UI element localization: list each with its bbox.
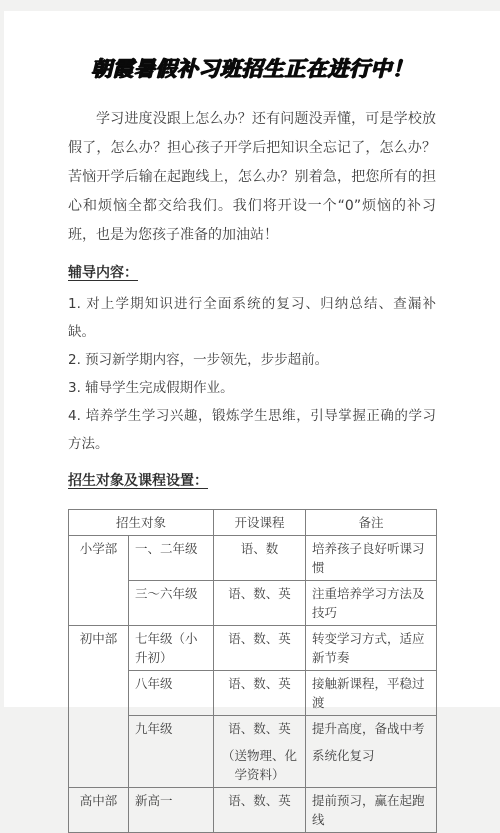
dept-primary: 小学部 xyxy=(69,536,129,626)
list-item: 3. 辅导学生完成假期作业。 xyxy=(68,374,436,402)
courses-cell: 语、数、英 xyxy=(214,581,306,626)
header-notes: 备注 xyxy=(306,510,437,536)
note-cell: 注重培养学习方法及技巧 xyxy=(306,581,437,626)
tutoring-content-list: 1. 对上学期知识进行全面系统的复习、归纳总结、查漏补缺。 2. 预习新学期内容… xyxy=(68,290,436,458)
header-target: 招生对象 xyxy=(69,510,214,536)
enrollment-heading: 招生对象及课程设置： xyxy=(68,468,436,494)
table-header-row: 招生对象 开设课程 备注 xyxy=(69,510,437,536)
courses-cell: 语、数 xyxy=(214,536,306,581)
table-row: 初中部 七年级（小升初） 语、数、英 转变学习方式，适应新节奏 xyxy=(69,626,437,671)
note-cell: 转变学习方式，适应新节奏 xyxy=(306,626,437,671)
list-item: 2. 预习新学期内容，一步领先，步步超前。 xyxy=(68,346,436,374)
grade-cell: 七年级（小升初） xyxy=(129,626,214,671)
dept-junior: 初中部 xyxy=(69,626,129,708)
tutoring-content-heading: 辅导内容： xyxy=(68,260,436,286)
list-item: 4. 培养学生学习兴趣，锻炼学生思维，引导掌握正确的学习方法。 xyxy=(68,402,436,458)
grade-cell: 一、二年级 xyxy=(129,536,214,581)
list-item: 1. 对上学期知识进行全面系统的复习、归纳总结、查漏补缺。 xyxy=(68,290,436,346)
courses-cell: 语、数、英 xyxy=(214,671,306,708)
header-courses: 开设课程 xyxy=(214,510,306,536)
document-page: 朝霞暑假补习班招生正在进行中！ 学习进度没跟上怎么办？还有问题没弄懂，可是学校放… xyxy=(4,11,500,707)
page-title: 朝霞暑假补习班招生正在进行中！ xyxy=(68,56,436,83)
table-row: 小学部 一、二年级 语、数 培养孩子良好听课习惯 xyxy=(69,536,437,581)
courses-cell: 语、数、英 xyxy=(214,626,306,671)
intro-paragraph: 学习进度没跟上怎么办？还有问题没弄懂，可是学校放假了，怎么办？担心孩子开学后把知… xyxy=(68,105,436,250)
grade-cell: 三～六年级 xyxy=(129,581,214,626)
note-cell: 接触新课程，平稳过渡 xyxy=(306,671,437,708)
grade-cell: 八年级 xyxy=(129,671,214,708)
note-cell: 培养孩子良好听课习惯 xyxy=(306,536,437,581)
enrollment-table: 招生对象 开设课程 备注 小学部 一、二年级 语、数 培养孩子良好听课习惯 三～… xyxy=(68,509,437,707)
